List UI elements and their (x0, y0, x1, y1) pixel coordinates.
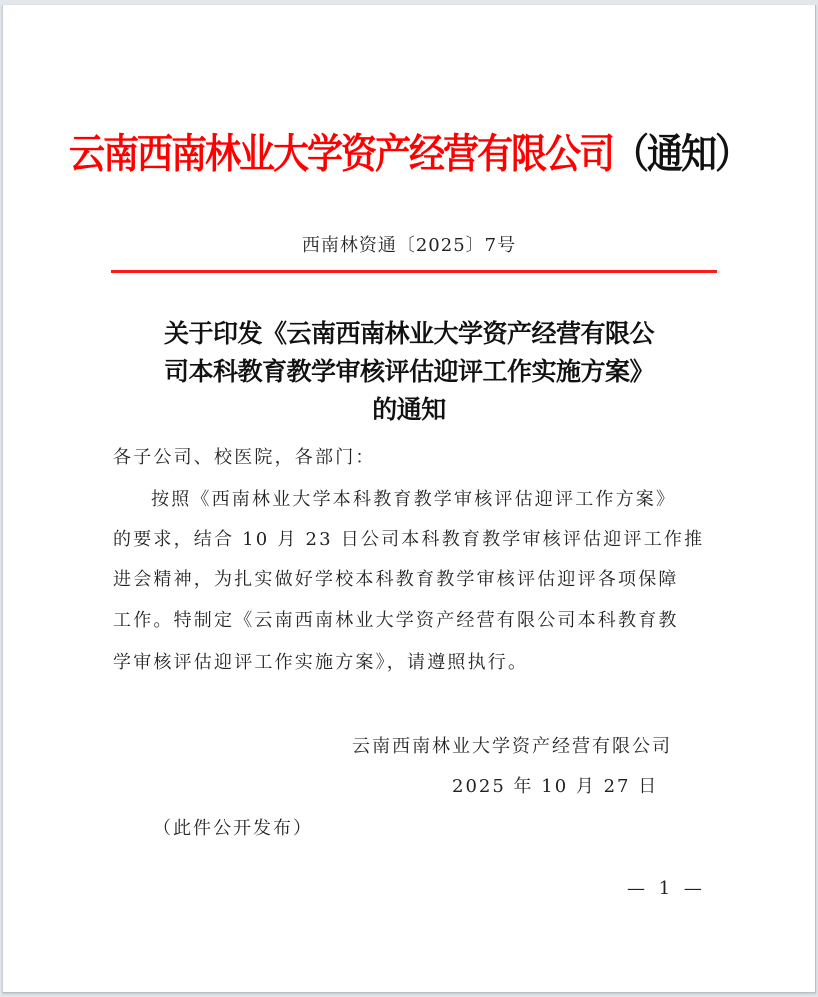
signature-org: 云南西南林业大学资产经营有限公司 (352, 732, 672, 758)
body-line-3: 进会精神，为扎实做好学校本科教育教学审核评估迎评各项保障 (113, 565, 679, 595)
document-title-line-3: 的通知 (3, 392, 815, 428)
red-divider-rule (111, 270, 717, 273)
masthead-org: 云南西南林业大学资产经营有限公司 (69, 130, 613, 177)
disclosure-note: （此件公开发布） (153, 814, 313, 840)
body-line-1: 按照《西南林业大学本科教育教学审核评估迎评工作方案》 (151, 485, 676, 515)
document-number: 西南林资通〔2025〕7号 (3, 231, 815, 257)
masthead-kind: （通知） (613, 130, 749, 177)
body-line-2: 的要求，结合 10 月 23 日公司本科教育教学审核评估迎评工作推 (113, 525, 704, 555)
signature-date: 2025 年 10 月 27 日 (452, 772, 658, 798)
page-number: — 1 — (627, 878, 706, 899)
body-line-5: 学审核评估迎评工作实施方案》，请遵照执行。 (113, 648, 528, 678)
masthead: 云南西南林业大学资产经营有限公司（通知） (3, 126, 815, 182)
salutation: 各子公司、校医院，各部门： (113, 443, 376, 473)
document-title-line-1: 关于印发《云南西南林业大学资产经营有限公 (3, 316, 815, 352)
document-page: 云南西南林业大学资产经营有限公司（通知） 西南林资通〔2025〕7号 关于印发《… (2, 5, 816, 993)
document-title-line-2: 司本科教育教学审核评估迎评工作实施方案》 (3, 354, 815, 390)
body-line-4: 工作。特制定《云南西南林业大学资产经营有限公司本科教育教 (113, 606, 679, 636)
